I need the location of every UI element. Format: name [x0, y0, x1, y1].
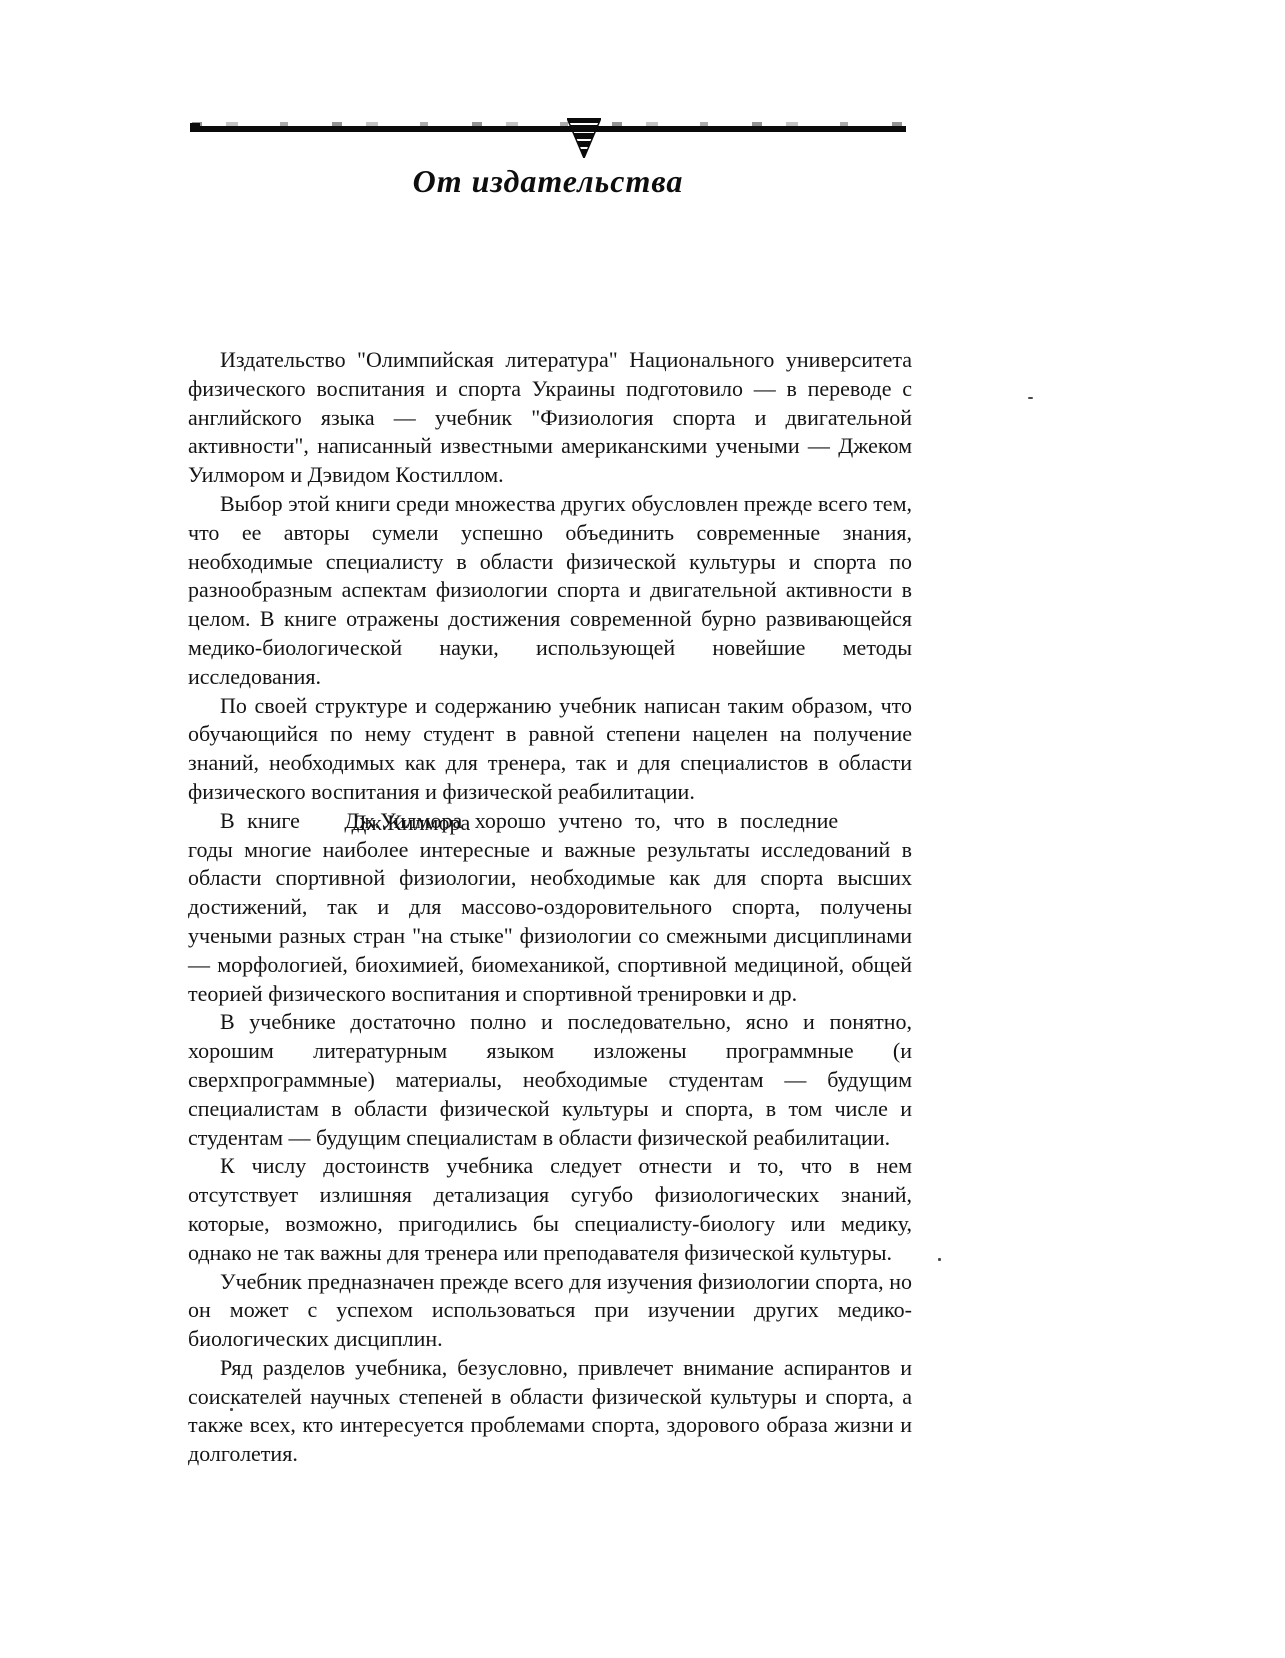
paragraph-with-overprint: В книге Дж.УилмораДж.Килмора хорошо учте… — [188, 807, 912, 1009]
paragraph: Учебник предназначен прежде всего для из… — [188, 1268, 912, 1354]
body-text: Издательство "Олимпийская литература" На… — [188, 346, 912, 1469]
overprint-layer-2: Дж.Килмора — [319, 809, 470, 838]
header-ornament-rule — [190, 118, 906, 158]
paragraph: Издательство "Олимпийская литература" На… — [188, 346, 912, 490]
triangle-ornament-icon — [567, 118, 601, 163]
horizontal-rule — [190, 126, 906, 132]
book-page: От издательства Издательство "Олимпийска… — [0, 0, 1285, 1658]
paragraph-continuation: годы многие наиболее интересные и важные… — [188, 836, 912, 1009]
overprint-line: В книге Дж.УилмораДж.Килмора хорошо учте… — [188, 807, 912, 836]
scan-artifact-dot — [938, 1258, 941, 1261]
overprint-line-rest: хорошо учтено то, что в последние — [462, 808, 838, 833]
paragraph: К числу достоинств учебника следует отне… — [188, 1152, 912, 1267]
scan-artifact-dot — [1028, 397, 1033, 399]
paragraph: Выбор этой книги среди множества других … — [188, 490, 912, 692]
paragraph: По своей структуре и содержанию учебник … — [188, 692, 912, 807]
scan-artifact-dot — [230, 1408, 233, 1411]
page-title: От издательства — [190, 163, 906, 200]
overprinted-text: Дж.УилмораДж.Килмора — [312, 807, 462, 836]
paragraph: Ряд разделов учебника, безусловно, привл… — [188, 1354, 912, 1469]
paragraph: В учебнике достаточно полно и последоват… — [188, 1008, 912, 1152]
overprint-line-prefix: В книге — [220, 808, 312, 833]
